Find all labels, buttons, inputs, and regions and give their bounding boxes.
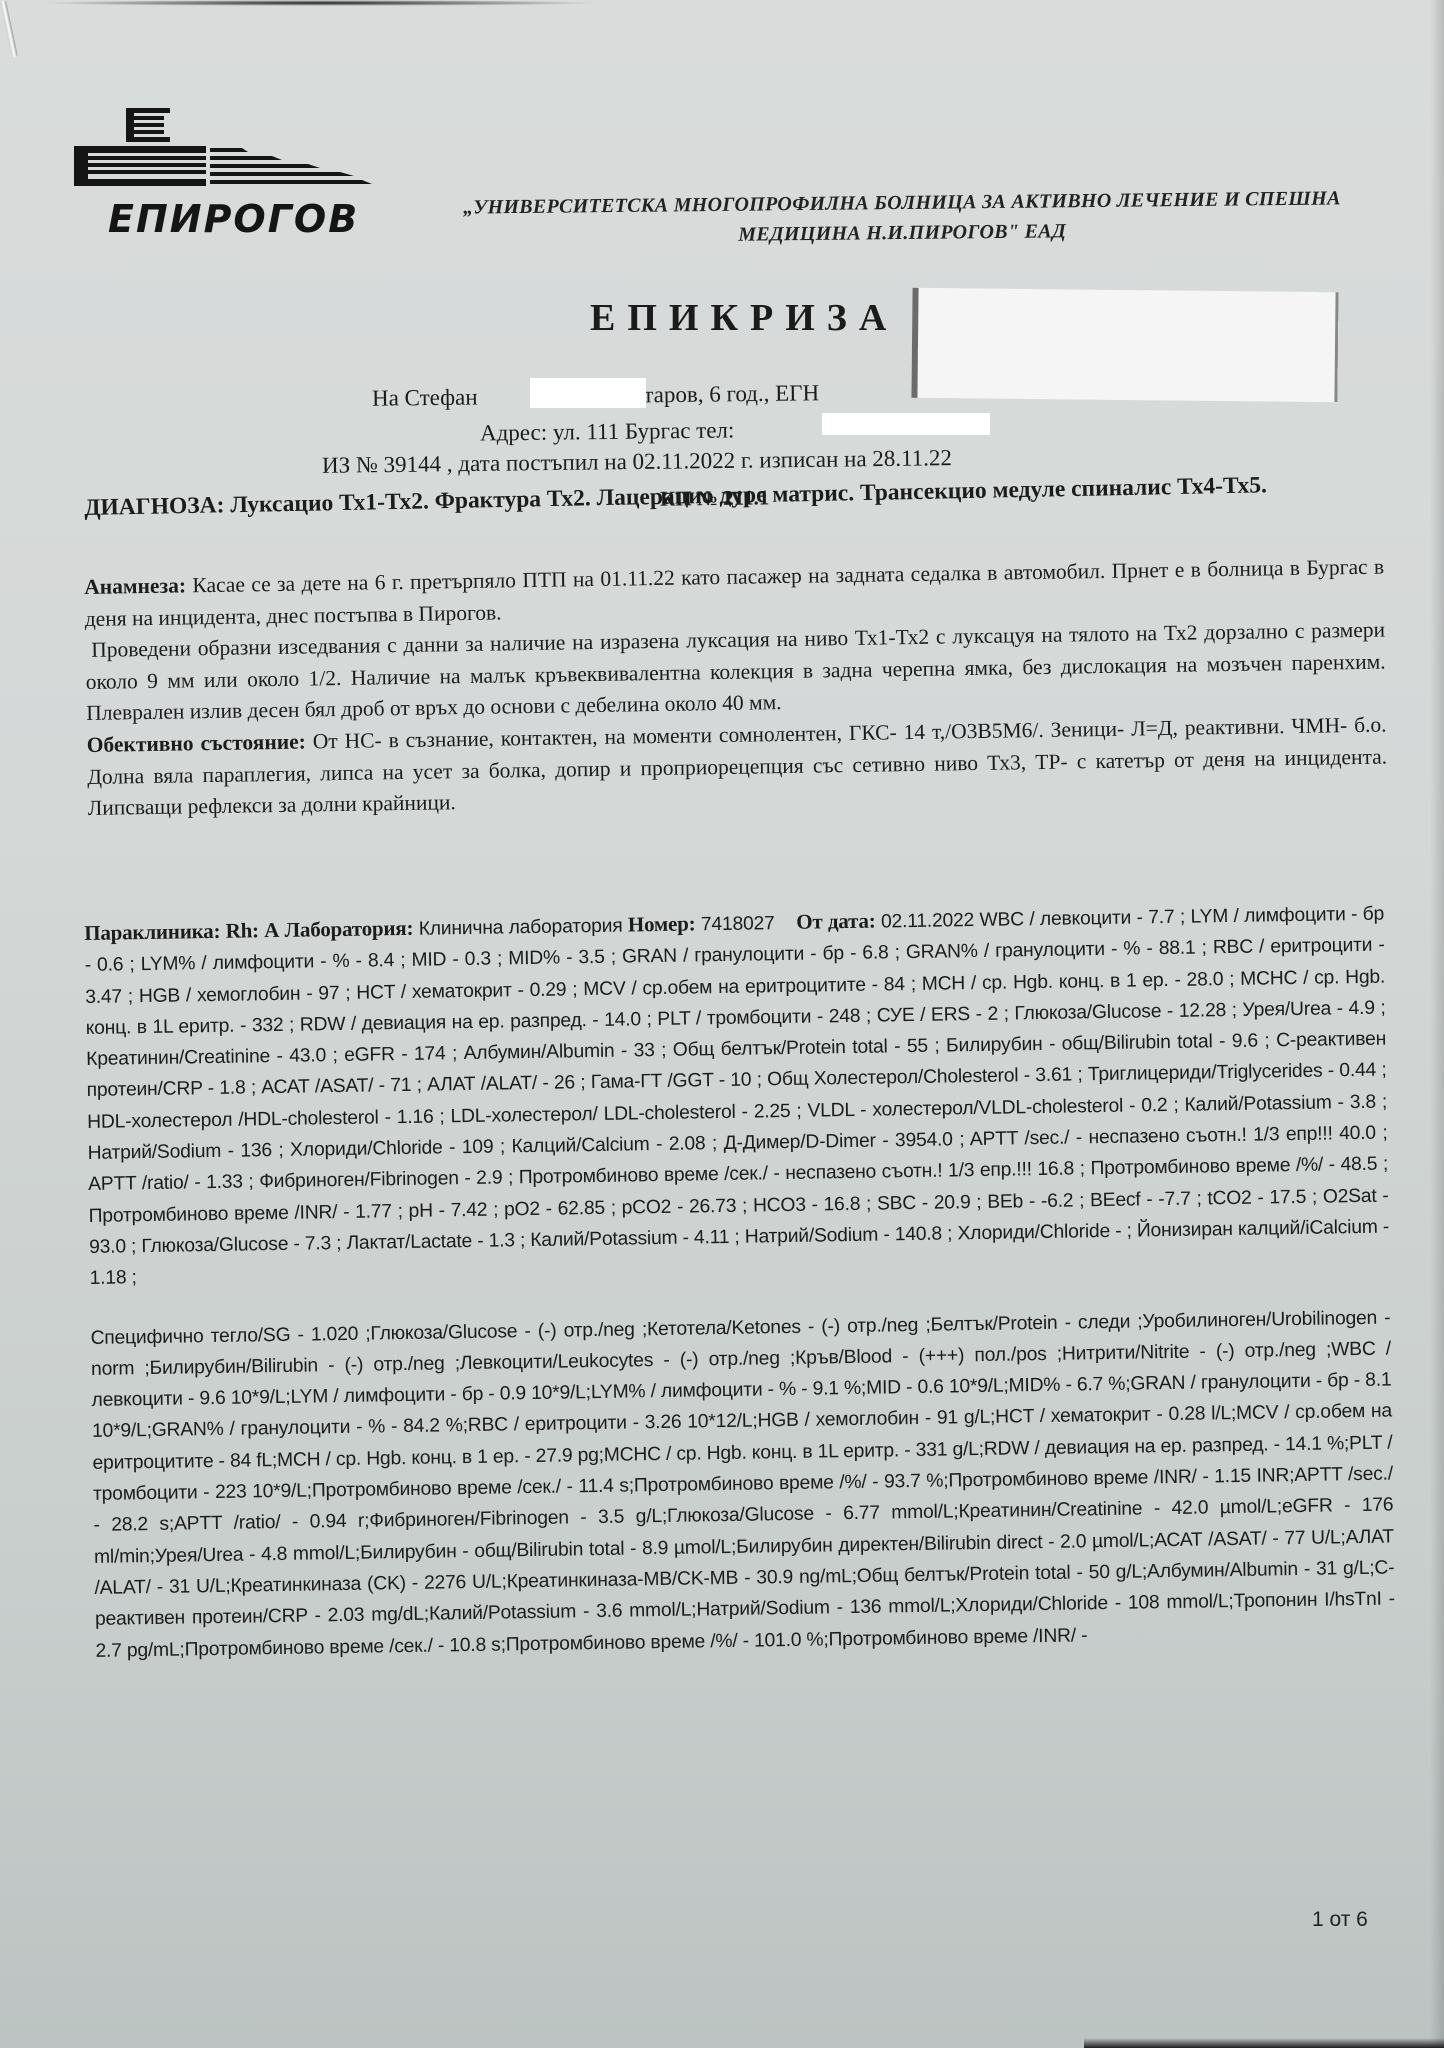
anamnesis-section: Анамнеза: Касае се за дете на 6 г. претъ… <box>84 552 1388 825</box>
lab-name: Клинична лаборатория <box>419 916 623 940</box>
paraclinic-section: Параклиника: Rh: А Лаборатория: Клинична… <box>84 898 1396 1667</box>
hospital-name: „УНИВЕРСИТЕТСКА МНОГОПРОФИЛНА БОЛНИЦА ЗА… <box>412 183 1393 253</box>
diagnosis-text: Луксацио Тх1-Тх2. Фрактура Тх2. Лацераци… <box>230 472 1267 518</box>
patient-first-name: На Стефан <box>372 384 478 410</box>
address-line: Адрес: ул. 111 Бургас тел: <box>480 416 735 447</box>
page-edge-shadow-bottom <box>1084 2038 1444 2048</box>
lab-results-urine-followup: Специфично тегло/SG - 1.020 ;Глюкоза/Glu… <box>90 1307 1395 1661</box>
imaging-findings: Проведени образни изседвания с данни за … <box>86 618 1386 726</box>
paraclinic-label: Параклиника: Rh: А Лаборатория: <box>84 916 413 945</box>
svg-text:EПИРОГОВ: EПИРОГОВ <box>108 197 359 237</box>
lab-date-label: От дата: <box>796 909 876 934</box>
objective-status-text: От НС- в съзнание, контактен, на моменти… <box>87 713 1387 821</box>
page-edge-shadow <box>1430 0 1444 2048</box>
document-page: EПИРОГОВ „УНИВЕРСИТЕТСКА МНОГОПРОФИЛНА Б… <box>0 0 1444 2048</box>
lab-results-blood: WBC / левкоцити - 7.7 ; LYM / лимфоцити … <box>85 904 1390 1290</box>
address-label: Адрес: <box>480 420 548 446</box>
address-value: ул. 111 Бургас тел: <box>553 417 735 444</box>
lab-number-label: Номер: <box>628 911 696 936</box>
diagnosis-label: ДИАГНОЗА: <box>84 492 225 521</box>
photo-edge-shadow <box>40 0 600 6</box>
lab-number-value: 7418027 <box>701 913 775 935</box>
document-title: ЕПИКРИЗА <box>590 296 898 340</box>
redacted-egn-box <box>911 288 1338 402</box>
redacted-name <box>530 378 646 408</box>
pirogov-logo-icon: EПИРОГОВ <box>72 102 412 237</box>
objective-status-label: Обективно състояние: <box>87 730 306 757</box>
lab-date-value: 02.11.2022 <box>881 910 974 932</box>
page-indicator: 1 от 6 <box>1312 1908 1368 1932</box>
redacted-phone <box>822 413 990 435</box>
staple-mark <box>0 0 18 58</box>
anamnesis-label: Анамнеза: <box>84 573 186 599</box>
